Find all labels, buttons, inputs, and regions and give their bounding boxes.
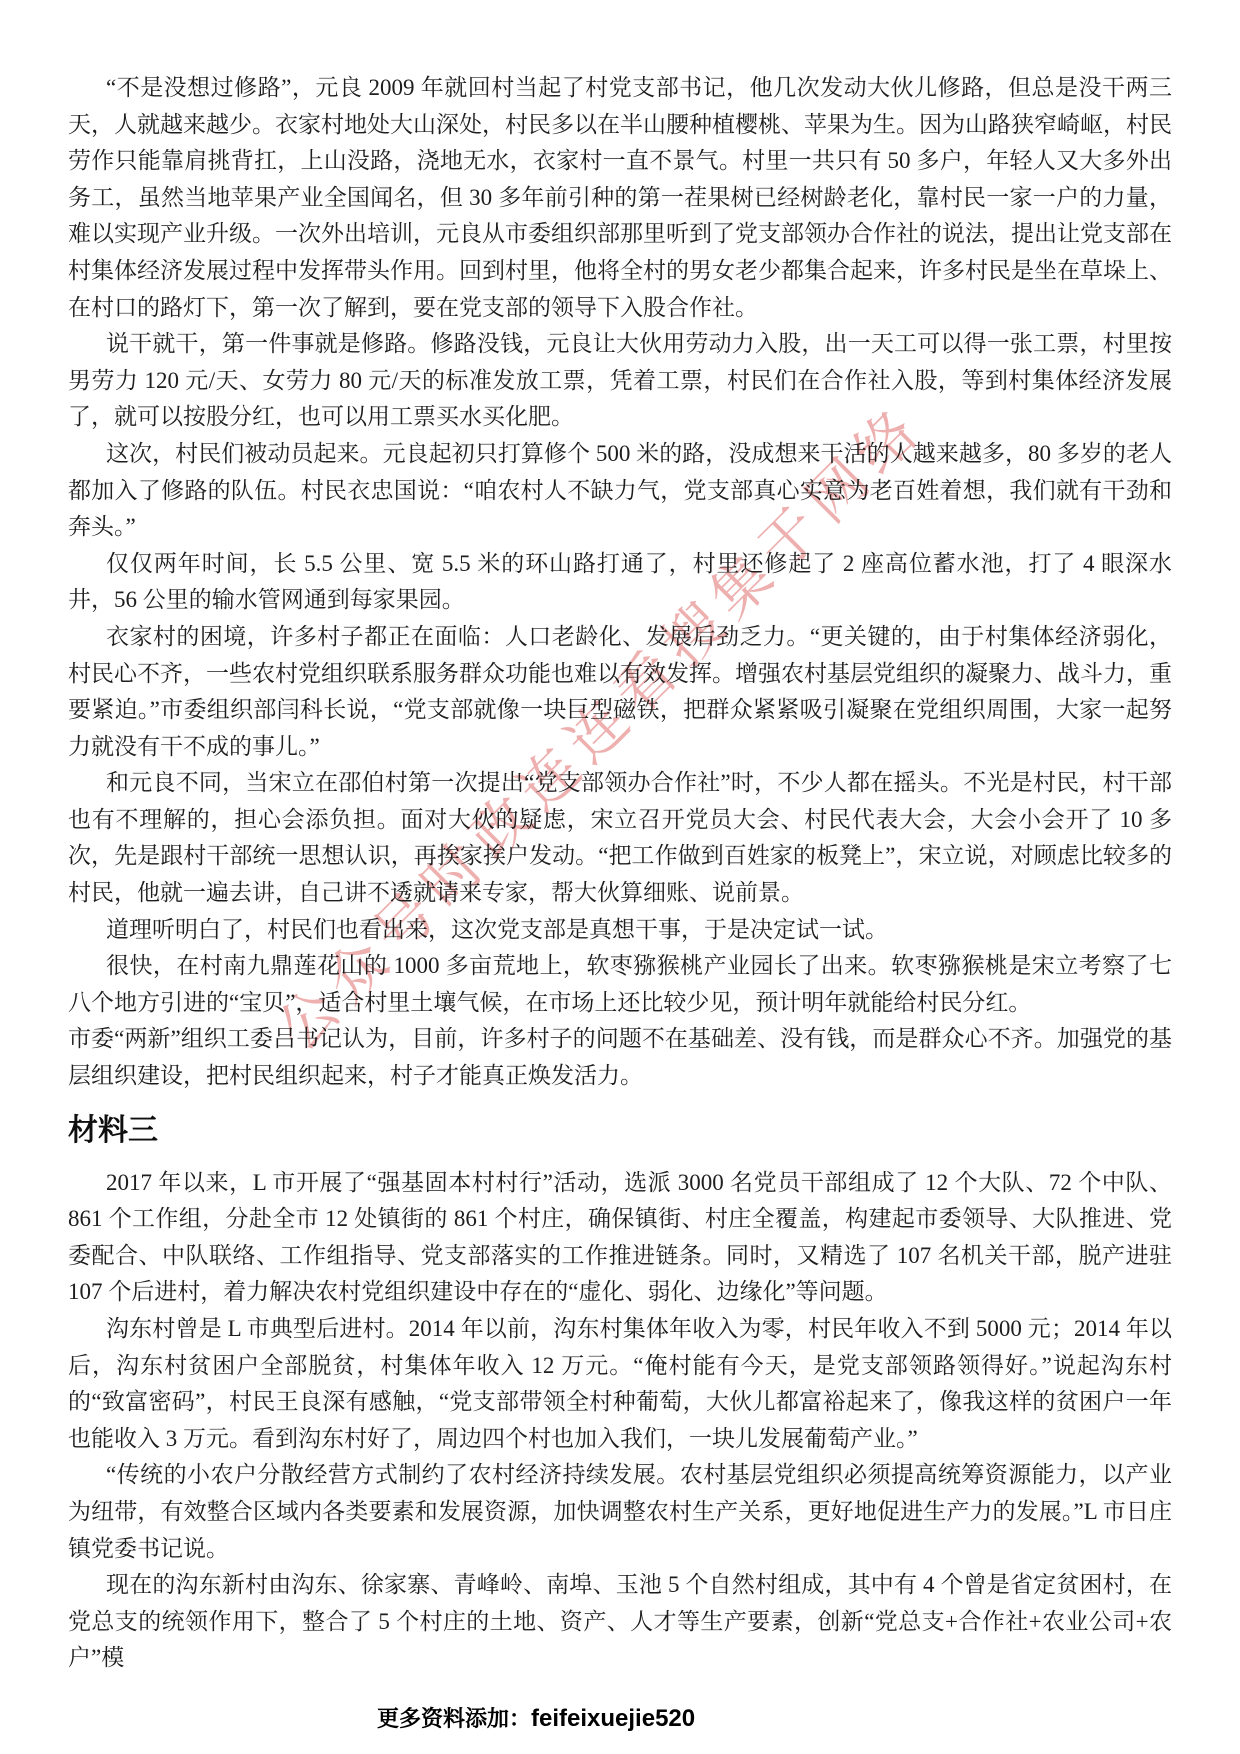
paragraph: 现在的沟东新村由沟东、徐家寨、青峰岭、南埠、玉池 5 个自然村组成，其中有 4 …	[68, 1567, 1172, 1677]
document-page: 公众号时政连连看搜集于网络 “不是没想过修路”，元良 2009 年就回村当起了村…	[0, 0, 1240, 1754]
paragraph: 衣家村的困境，许多村子都正在面临：人口老龄化、发展后劲乏力。“更关键的，由于村集…	[68, 619, 1172, 765]
paragraph: 市委“两新”组织工委吕书记认为，目前，许多村子的问题不在基础差、没有钱，而是群众…	[68, 1021, 1172, 1094]
paragraph: 道理听明白了，村民们也看出来，这次党支部是真想干事，于是决定试一试。	[68, 912, 1172, 949]
paragraph: “传统的小农户分散经营方式制约了农村经济持续发展。农村基层党组织必须提高统筹资源…	[68, 1457, 1172, 1567]
material-two-paragraphs: “不是没想过修路”，元良 2009 年就回村当起了村党支部书记，他几次发动大伙儿…	[68, 70, 1172, 1095]
paragraph: “不是没想过修路”，元良 2009 年就回村当起了村党支部书记，他几次发动大伙儿…	[68, 70, 1172, 326]
material-three-paragraphs: 2017 年以来，L 市开展了“强基固本村村行”活动，选派 3000 名党员干部…	[68, 1165, 1172, 1677]
footer-label: 更多资料添加：	[377, 1706, 531, 1731]
material-three-heading: 材料三	[68, 1110, 1172, 1152]
paragraph: 很快，在村南九鼎莲花山的 1000 多亩荒地上，软枣猕猴桃产业园长了出来。软枣猕…	[68, 948, 1172, 1021]
page-footer: 更多资料添加：feifeixuejie520	[377, 1702, 695, 1733]
paragraph: 说干就干，第一件事就是修路。修路没钱，元良让大伙用劳动力入股，出一天工可以得一张…	[68, 326, 1172, 436]
paragraph: 仅仅两年时间，长 5.5 公里、宽 5.5 米的环山路打通了，村里还修起了 2 …	[68, 546, 1172, 619]
document-body: “不是没想过修路”，元良 2009 年就回村当起了村党支部书记，他几次发动大伙儿…	[68, 70, 1172, 1677]
footer-account: feifeixuejie520	[531, 1705, 695, 1732]
paragraph: 2017 年以来，L 市开展了“强基固本村村行”活动，选派 3000 名党员干部…	[68, 1165, 1172, 1311]
paragraph: 沟东村曾是 L 市典型后进村。2014 年以前，沟东村集体年收入为零，村民年收入…	[68, 1311, 1172, 1457]
paragraph: 和元良不同，当宋立在邵伯村第一次提出“党支部领办合作社”时，不少人都在摇头。不光…	[68, 765, 1172, 911]
paragraph: 这次，村民们被动员起来。元良起初只打算修个 500 米的路，没成想来干活的人越来…	[68, 436, 1172, 546]
